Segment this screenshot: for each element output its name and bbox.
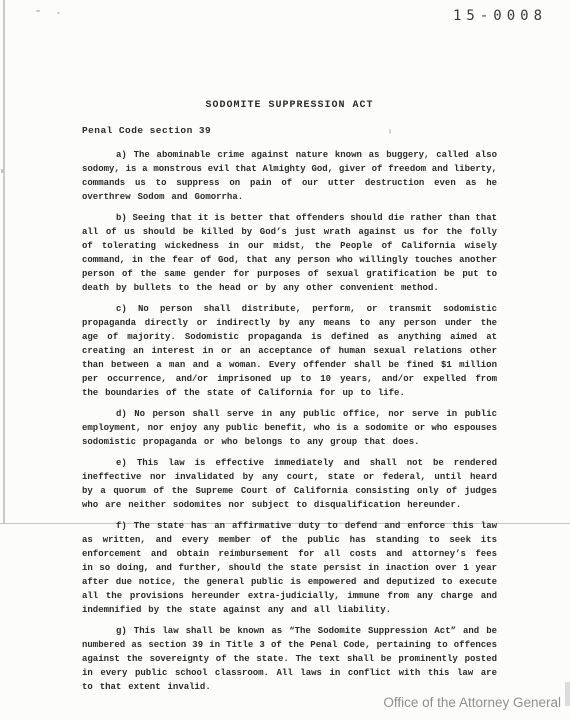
paragraph: c) No person shall distribute, perform, … <box>82 302 497 400</box>
text-line: d) No person shall serve in any public o… <box>82 407 497 421</box>
paragraph: e) This law is effective immediately and… <box>82 456 497 512</box>
text-line: of tolerating wickedness in our midst, t… <box>82 239 497 253</box>
text-line: to that extent invalid. <box>82 680 497 694</box>
text-line: death by bullets to the head or by any o… <box>82 281 497 295</box>
text-line: overthrew Sodom and Gomorrha. <box>82 190 497 204</box>
text-line: who are neither sodomites nor subject to… <box>82 498 497 512</box>
text-line: b) Seeing that it is better that offende… <box>82 211 497 225</box>
text-line: creating an interest in or an acceptance… <box>82 344 497 358</box>
text-line: enforcement and obtain reimbursement for… <box>82 547 497 561</box>
scan-speck <box>57 12 60 14</box>
text-line: e) This law is effective immediately and… <box>82 456 497 470</box>
paragraph: d) No person shall serve in any public o… <box>82 407 497 449</box>
text-line: g) This law shall be known as “The Sodom… <box>82 624 497 638</box>
text-line: as written, and every member of the publ… <box>82 533 497 547</box>
initiative-case-number: 15-0008 <box>453 8 547 24</box>
text-line: all the provisions hereunder extra-judic… <box>82 589 497 603</box>
document-body: a) The abominable crime against nature k… <box>82 148 497 701</box>
scanned-document-page: 15-0008 SODOMITE SUPPRESSION ACT Penal C… <box>0 0 570 720</box>
text-line: age of majority. Sodomistic propaganda i… <box>82 330 497 344</box>
paragraph: b) Seeing that it is better that offende… <box>82 211 497 295</box>
text-line: against the sovereignty of the state. Th… <box>82 652 497 666</box>
page-edge-shadow <box>3 0 5 523</box>
text-line: commands us to suppress on pain of our u… <box>82 176 497 190</box>
text-line: employment, nor enjoy any public benefit… <box>82 421 497 435</box>
text-line: f) The state has an affirmative duty to … <box>82 519 497 533</box>
paragraph: a) The abominable crime against nature k… <box>82 148 497 204</box>
text-line: sodomy, is a monstrous evil that Almight… <box>82 162 497 176</box>
section-heading: Penal Code section 39 <box>82 125 211 136</box>
text-line: command, in the fear of God, that any pe… <box>82 253 497 267</box>
text-line: sodomistic propaganda or who belongs to … <box>82 435 497 449</box>
text-line: by a quorum of the Supreme Court of Cali… <box>82 484 497 498</box>
text-line: all of us should be killed by God’s just… <box>82 225 497 239</box>
text-line: c) No person shall distribute, perform, … <box>82 302 497 316</box>
text-line: in every public school classroom. All la… <box>82 666 497 680</box>
scan-speck <box>1 169 4 173</box>
text-line: ineffective nor invalidated by any court… <box>82 470 497 484</box>
scan-speck <box>36 10 40 12</box>
text-line: propaganda directly or indirectly by any… <box>82 316 497 330</box>
text-line: person of the same gender for purposes o… <box>82 267 497 281</box>
text-line: indemnified by the state against any and… <box>82 603 497 617</box>
document-title: SODOMITE SUPPRESSION ACT <box>82 100 497 111</box>
paragraph: f) The state has an affirmative duty to … <box>82 519 497 617</box>
text-line: a) The abominable crime against nature k… <box>82 148 497 162</box>
text-line: than between a man and a woman. Every of… <box>82 358 497 372</box>
paragraph: g) This law shall be known as “The Sodom… <box>82 624 497 694</box>
attorney-general-watermark: Office of the Attorney General <box>383 695 561 710</box>
text-line: after due notice, the general public is … <box>82 575 497 589</box>
scan-speck <box>389 129 391 134</box>
scan-edge-artifact <box>565 682 570 706</box>
text-line: per occurrence, and/or imprisoned up to … <box>82 372 497 386</box>
text-line: in so doing, and further, should the sta… <box>82 561 497 575</box>
text-line: the boundaries of the state of Californi… <box>82 386 497 400</box>
text-line: numbered as section 39 in Title 3 of the… <box>82 638 497 652</box>
